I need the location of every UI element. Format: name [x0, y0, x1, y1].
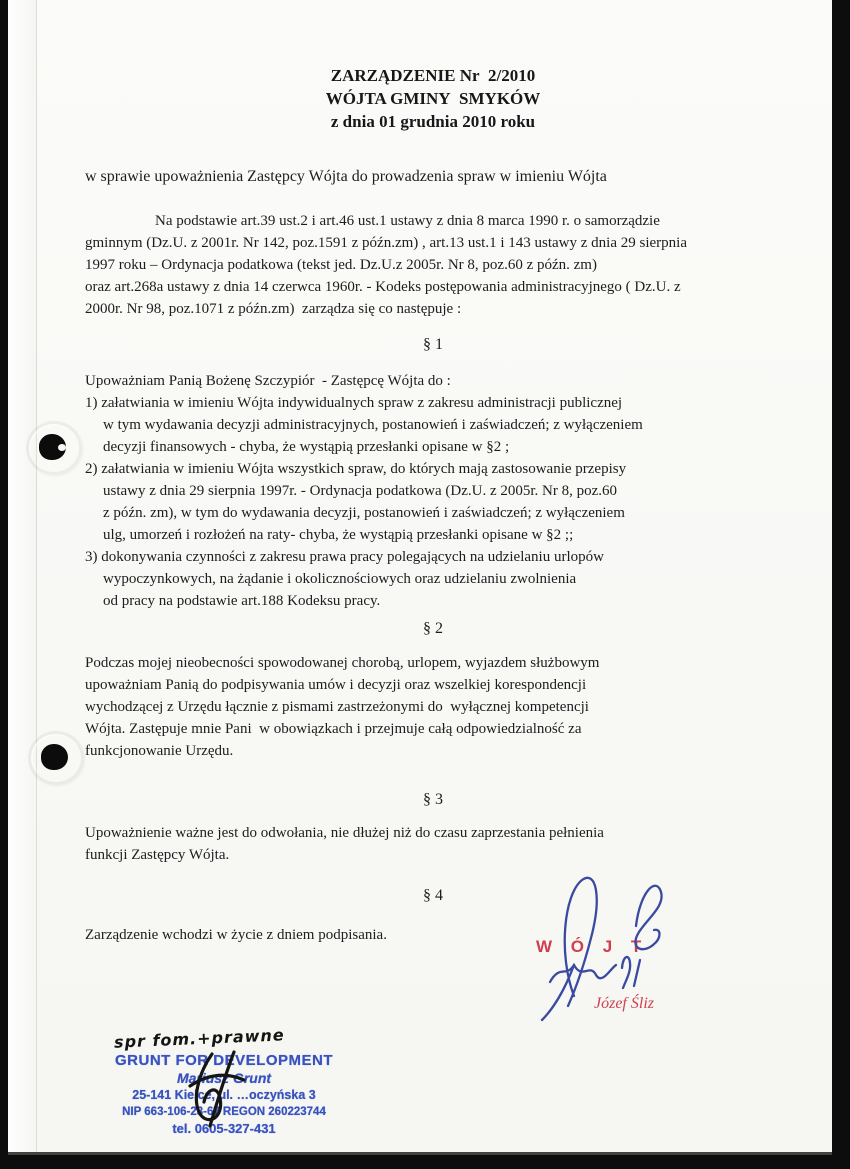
section-2-line: Wójta. Zastępuje mnie Pani w obowiązkach… [85, 718, 599, 740]
title-line-3: z dnia 01 grudnia 2010 roku [88, 110, 778, 133]
page-bottom-shadow [8, 1152, 832, 1155]
scanned-document: ZARZĄDZENIE Nr 2/2010 WÓJTA GMINY SMYKÓW… [0, 0, 850, 1169]
section-1-intro: Upoważniam Panią Bożenę Szczypiór - Zast… [85, 370, 643, 392]
section-2-line: upoważniam Panią do podpisywania umów i … [85, 674, 599, 696]
section-1-body: Upoważniam Panią Bożenę Szczypiór - Zast… [85, 370, 643, 612]
title-line-2: WÓJTA GMINY SMYKÓW [88, 87, 778, 110]
section-3-heading: § 3 [88, 789, 778, 811]
section-2-line: wychodzącej z Urzędu łącznie z pismami z… [85, 696, 599, 718]
list-item-3-cont: od pracy na podstawie art.188 Kodeksu pr… [85, 590, 643, 612]
section-3-line: Upoważnienie ważne jest do odwołania, ni… [85, 822, 604, 844]
section-3-body: Upoważnienie ważne jest do odwołania, ni… [85, 822, 604, 866]
section-3-line: funkcji Zastępcy Wójta. [85, 844, 604, 866]
section-2-line: Podczas mojej nieobecności spowodowanej … [85, 652, 599, 674]
legal-line: oraz art.268a ustawy z dnia 14 czerwca 1… [85, 276, 687, 298]
section-2-body: Podczas mojej nieobecności spowodowanej … [85, 652, 599, 762]
list-item-1: 1) załatwiania w imieniu Wójta indywidua… [85, 392, 643, 414]
section-2-heading: § 2 [88, 618, 778, 640]
handwritten-initials [178, 1046, 254, 1130]
document-content: ZARZĄDZENIE Nr 2/2010 WÓJTA GMINY SMYKÓW… [8, 0, 832, 1155]
list-item-2: 2) załatwiania w imieniu Wójta wszystkic… [85, 458, 643, 480]
section-2-line: funkcjonowanie Urzędu. [85, 740, 599, 762]
legal-line: gminnym (Dz.U. z 2001r. Nr 142, poz.1591… [85, 232, 687, 254]
section-4-body: Zarządzenie wchodzi w życie z dniem podp… [85, 924, 387, 946]
list-item-1-cont: w tym wydawania decyzji administracyjnyc… [85, 414, 643, 436]
title-line-1: ZARZĄDZENIE Nr 2/2010 [88, 64, 778, 87]
legal-line: Na podstawie art.39 ust.2 i art.46 ust.1… [85, 210, 687, 232]
document-page: ZARZĄDZENIE Nr 2/2010 WÓJTA GMINY SMYKÓW… [8, 0, 832, 1155]
document-title: ZARZĄDZENIE Nr 2/2010 WÓJTA GMINY SMYKÓW… [88, 64, 778, 133]
section-1-heading: § 1 [88, 334, 778, 356]
legal-line: 1997 roku – Ordynacja podatkowa (tekst j… [85, 254, 687, 276]
list-item-2-cont: ustawy z dnia 29 sierpnia 1997r. - Ordyn… [85, 480, 643, 502]
list-item-1-cont: decyzji finansowych - chyba, że wystąpią… [85, 436, 643, 458]
list-item-2-cont: ulg, umorzeń i rozłożeń na raty- chyba, … [85, 524, 643, 546]
legal-basis-paragraph: Na podstawie art.39 ust.2 i art.46 ust.1… [85, 210, 687, 320]
legal-line: 2000r. Nr 98, poz.1071 z późn.zm) zarząd… [85, 298, 687, 320]
list-item-3-cont: wypoczynkowych, na żądanie i okolicznośc… [85, 568, 643, 590]
mayor-ink-signature [528, 868, 698, 1023]
subject-line: w sprawie upoważnienia Zastępcy Wójta do… [85, 166, 607, 188]
section-4-line: Zarządzenie wchodzi w życie z dniem podp… [85, 924, 387, 946]
list-item-3: 3) dokonywania czynności z zakresu prawa… [85, 546, 643, 568]
list-item-2-cont: z późn. zm), w tym do wydawania decyzji,… [85, 502, 643, 524]
